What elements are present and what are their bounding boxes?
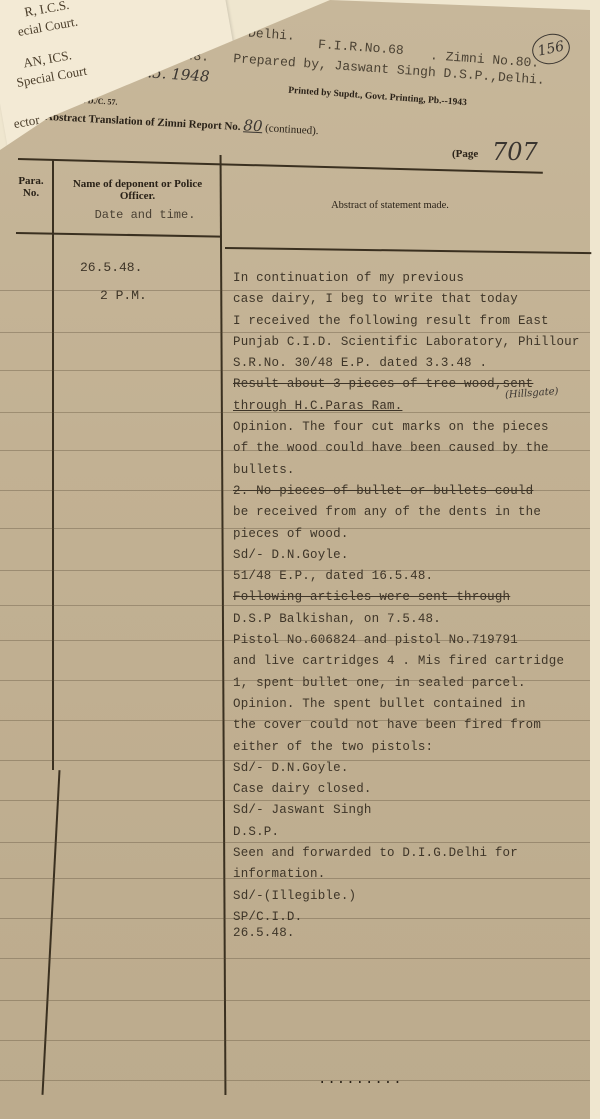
table-top-rule [18,158,543,173]
page-number: 707 [492,138,538,166]
statement-line: bullets. [233,460,593,481]
statement-line: the cover could not have been fired from [233,715,593,736]
col-abstract: Abstract of statement made. [280,200,500,211]
printed-by: Printed by Supdt., Govt. Printing, Pb.--… [288,86,467,108]
statement-line: be received from any of the dents in the [233,502,593,523]
ruled-line [0,958,590,959]
header-rule [16,232,221,237]
statement-body: In continuation of my previous case dair… [233,268,593,944]
signature-date: 26.5.48. [233,923,593,944]
col-deponent: Name of deponent or Police Officer. [55,178,220,202]
statement-line: I received the following result from Eas… [233,311,593,332]
statement-line: pieces of wood. [233,524,593,545]
statement-line: S.R.No. 30/48 E.P. dated 3.3.48 . [233,353,593,374]
statement-line: Pistol No.606824 and pistol No.719791 [233,630,593,651]
column-divider [220,155,226,1095]
col-date-time: Date and time. [70,208,220,222]
statement-line: through H.C.Paras Ram. [233,396,593,417]
page-label: (Page [452,148,478,160]
ruled-line [0,1000,590,1001]
statement-line: case dairy, I beg to write that today [233,289,593,310]
statement-line: and live cartridges 4 . Mis fired cartri… [233,651,593,672]
statement-line: Seen and forwarded to D.I.G.Delhi for [233,843,593,864]
statement-line: 51/48 E.P., dated 16.5.48. [233,566,593,587]
header-rule [225,247,595,254]
entry-date: 26.5.48. [80,260,142,275]
statement-line: In continuation of my previous [233,268,593,289]
signature-line: Sd/- Jaswant Singh [233,800,593,821]
ruled-line [0,1040,590,1041]
zimni-report-page: P.S. Tughlak Road, Delhi. F.I.R.No.68 . … [0,0,590,1119]
report-number: 80 [243,116,263,135]
statement-line: Case dairy closed. [233,779,593,800]
end-marker: ......... [318,1072,403,1088]
report-title: Abstract Translation of Zimni Report No.… [45,106,319,138]
fir-number: F.I.R.No.68 [318,37,405,58]
statement-line: Punjab C.I.D. Scientific Laboratory, Phi… [233,332,593,353]
col-para-no: Para. No. [10,175,52,199]
statement-line-opinion: Opinion. The spent bullet contained in [233,694,593,715]
statement-line-opinion: Opinion. The four cut marks on the piece… [233,417,593,438]
signature-title: D.S.P. [233,822,593,843]
title-prefix: Abstract Translation of Zimni Report No. [45,111,241,133]
signature-line: Sd/- D.N.Goyle. [233,545,593,566]
signature-line: Sd/- D.N.Goyle. [233,758,593,779]
statement-line: 2. No pieces of bullet or bullets could [233,481,593,502]
statement-line: 1, spent bullet one, in sealed parcel. [233,673,593,694]
column-divider [41,770,60,1095]
statement-line: information. [233,864,593,885]
signature-title: SP/C.I.D. [233,907,593,923]
continued-label: (continued). [265,122,319,137]
ruled-line [0,1080,590,1081]
statement-line: of the wood could have been caused by th… [233,438,593,459]
signature-line: Sd/-(Illegible.) [233,886,593,907]
statement-line: D.S.P Balkishan, on 7.5.48. [233,609,593,630]
statement-line: either of the two pistols: [233,737,593,758]
column-divider [52,160,54,770]
statement-line: Following articles were sent through [233,587,593,608]
